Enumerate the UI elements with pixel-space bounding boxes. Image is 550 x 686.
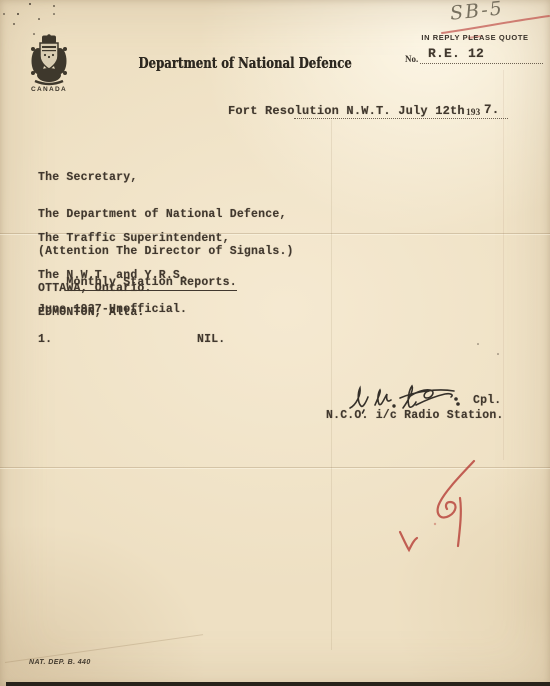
signature-rank: Cpl. <box>473 395 501 407</box>
signature-position: N.C.O. i/c Radio Station. <box>326 410 504 422</box>
form-number: NAT. DEP. B. 440 <box>29 659 91 666</box>
coat-of-arms-icon <box>29 34 69 86</box>
paper-speck <box>3 13 5 15</box>
file-number-dotted-line <box>420 63 543 64</box>
vertical-crease <box>331 120 332 650</box>
dateline-place-date: Fort Resolution N.W.T. July 12th <box>228 105 465 117</box>
paper-speck <box>29 3 31 5</box>
letterhead-title: Department of National Defence <box>138 54 351 72</box>
red-pencil-checkmark <box>388 458 493 558</box>
paper-speck <box>477 343 479 345</box>
vertical-crease-2 <box>503 70 504 460</box>
body-item-text: NIL. <box>197 334 225 346</box>
paper-speck <box>497 353 499 355</box>
crest-caption: CANADA <box>23 86 75 93</box>
scan-edge <box>6 682 550 686</box>
file-number-label: No. <box>405 54 418 64</box>
paper-speck <box>38 18 40 20</box>
paper-speck <box>13 23 15 25</box>
paper-speck <box>17 13 19 15</box>
body-item-number: 1. <box>38 334 52 346</box>
recipient-line: The Traffic Superintendent, <box>38 233 230 245</box>
file-number-value: R.E. 12 <box>428 48 484 60</box>
dateline-year-preprint: 193 <box>466 108 480 118</box>
scanned-letter-page: CANADA Department of National Defence SB… <box>0 0 550 686</box>
subject-block: Monthly Station Reports. June 1937-Unoff… <box>38 265 237 341</box>
paper-speck <box>53 5 55 7</box>
dateline-dotted-line <box>294 118 508 119</box>
paper-speck <box>53 13 55 15</box>
subject-title: Monthly Station Reports. <box>66 277 236 291</box>
reply-note: IN REPLY PLEASE QUOTE <box>409 33 541 42</box>
dateline-year-typed: 7. <box>484 104 499 116</box>
subject-subtitle: June 1937-Unofficial. <box>38 304 237 316</box>
recipient-line: The Secretary, <box>38 172 294 184</box>
